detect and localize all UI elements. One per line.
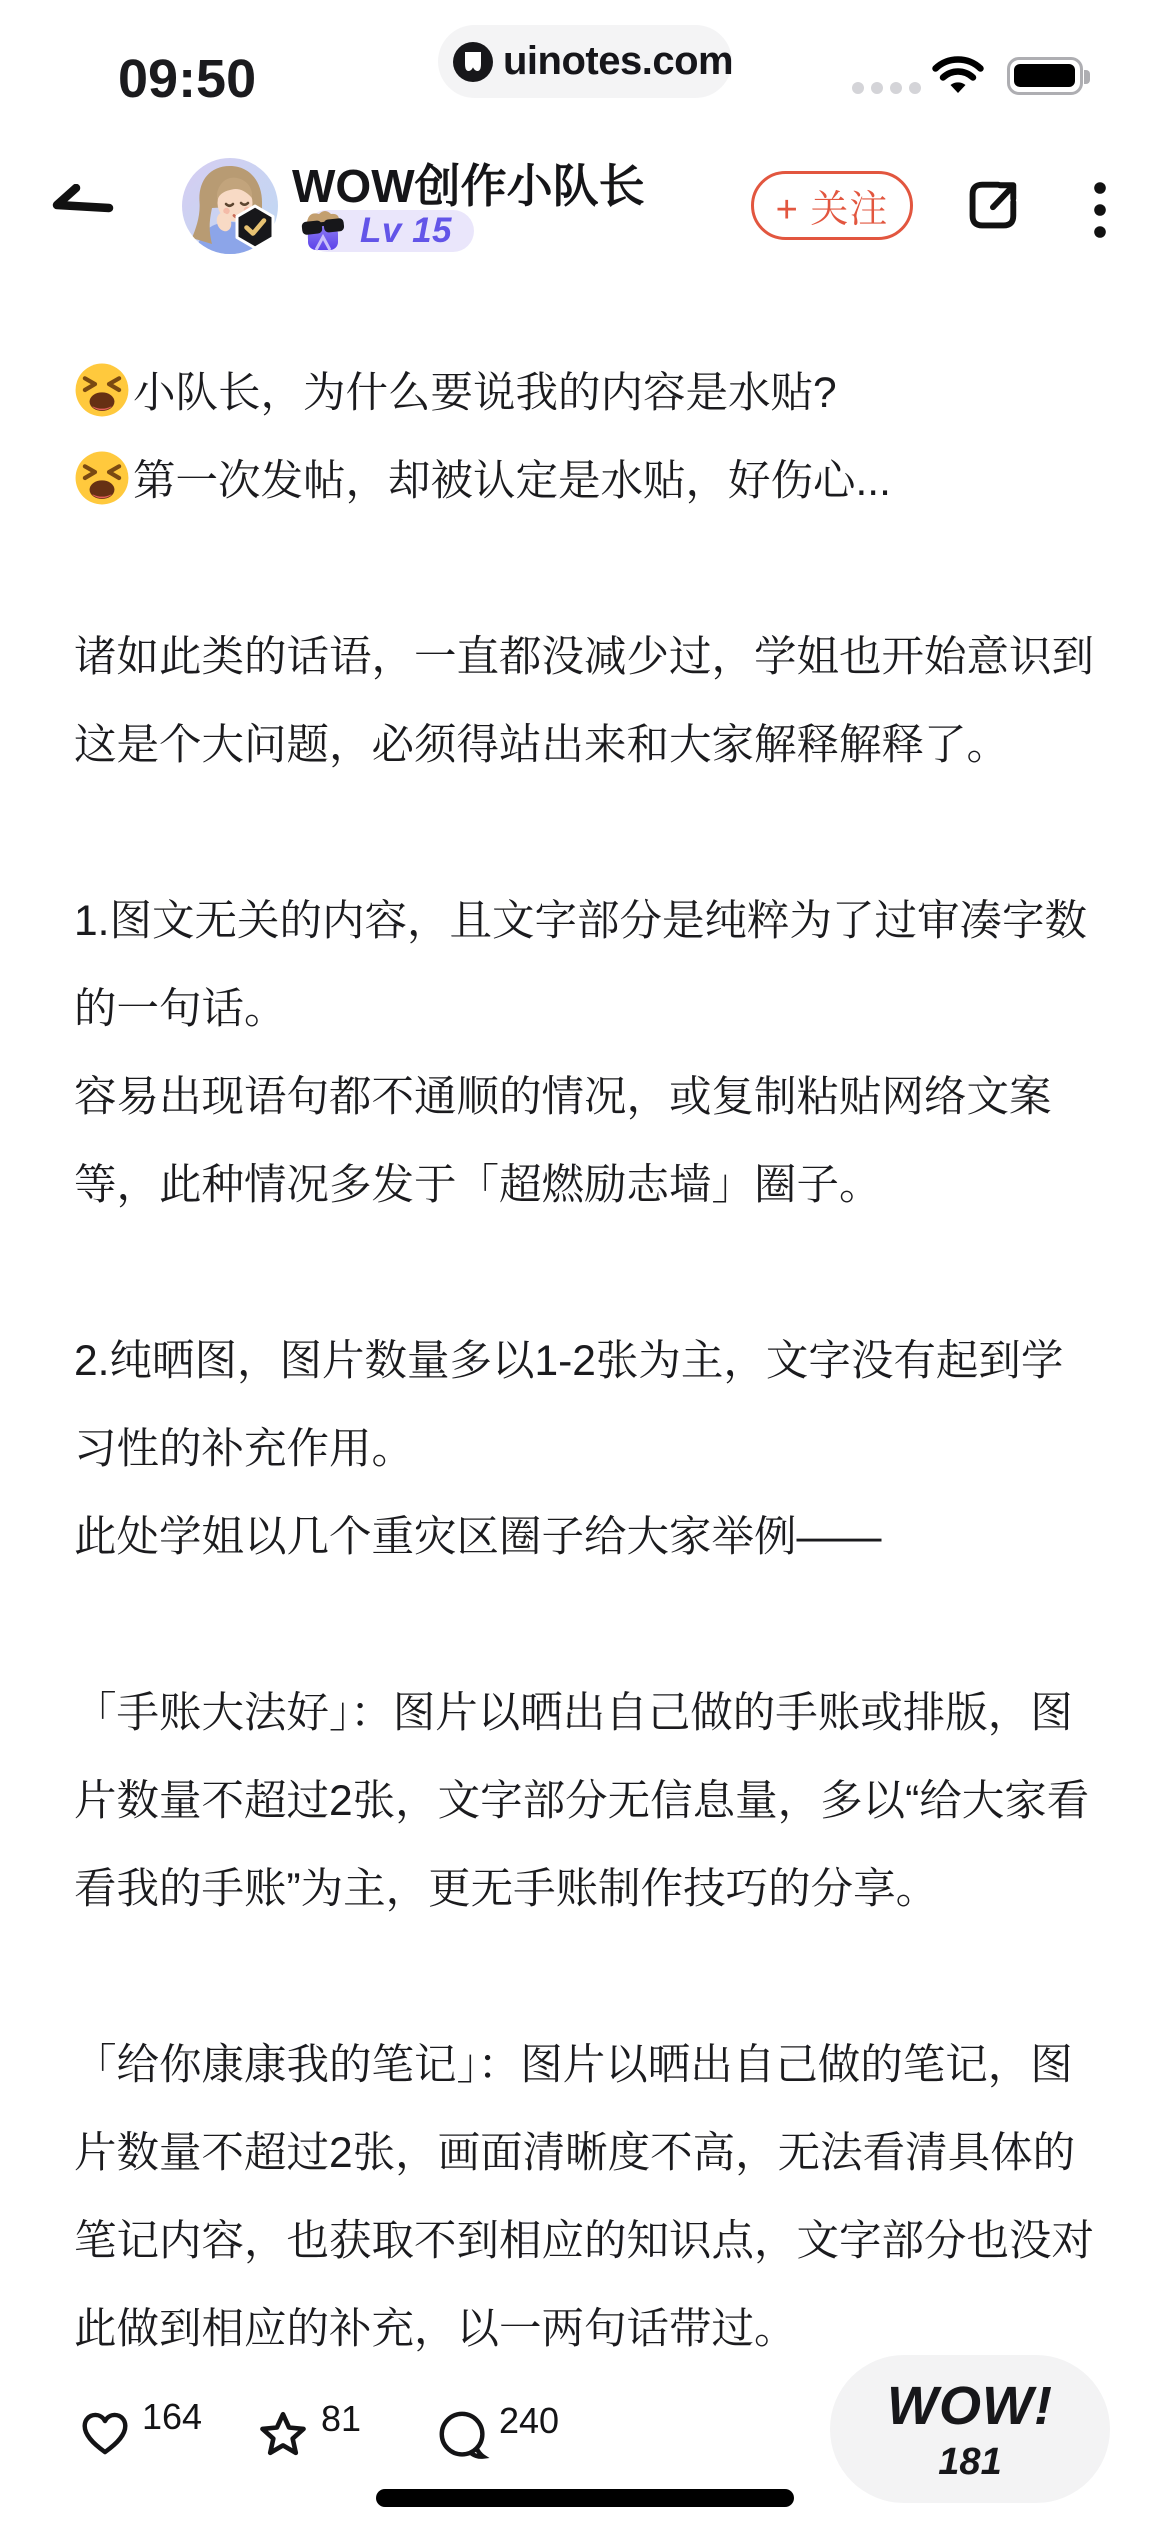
post-line: 此处学姐以几个重灾区圈子给大家举例—— [74,1494,1096,1582]
home-indicator-bar[interactable] [376,2489,794,2507]
cool-sunglasses-mascot-icon [298,206,348,256]
wifi-icon [932,55,984,95]
post-paragraph: 小队长，为什么要说我的内容是水贴? 第一次发帖，却被认定是水贴，好伤心... [74,350,1096,526]
post-header: WOW创作小队长 Lv 15 [0,140,1170,280]
post-paragraph: 「给你康康我的笔记」：图片以晒出自己做的笔记，图片数量不超过2张，画面清晰度不高… [74,2022,1096,2374]
post-line: 「手账大法好」：图片以晒出自己做的手账或排版，图片数量不超过2张，文字部分无信息… [74,1670,1096,1934]
like-count: 164 [142,2396,202,2438]
comment-bubble-icon [435,2408,491,2464]
battery-full-icon [1007,57,1083,95]
status-time: 09:50 [118,48,256,110]
post-line: 小队长，为什么要说我的内容是水贴? [74,350,1096,438]
back-arrow-icon[interactable] [52,184,114,218]
post-line: 诸如此类的话语，一直都没减少过，学姐也开始意识到这是个大问题，必须得站出来和大家… [74,614,1096,790]
heart-outline-icon [76,2404,134,2460]
post-line: 「给你康康我的笔记」：图片以晒出自己做的笔记，图片数量不超过2张，画面清晰度不高… [74,2022,1096,2374]
wow-button[interactable]: WOW! 181 [830,2355,1110,2503]
wow-label: WOW! [887,2375,1053,2437]
comment-button[interactable]: 240 [435,2408,559,2464]
post-paragraph: 「手账大法好」：图片以晒出自己做的手账或排版，图片数量不超过2张，文字部分无信息… [74,1670,1096,1934]
comment-count: 240 [499,2400,559,2442]
uinotes-logo-icon [453,42,493,82]
level-badge: Lv 15 [306,210,474,252]
weary-face-emoji [74,362,130,418]
like-button[interactable]: 164 [76,2404,202,2460]
post-paragraph: 2.纯晒图，图片数量多以1-2张为主，文字没有起到学习性的补充作用。 此处学姐以… [74,1318,1096,1582]
favorite-button[interactable]: 81 [253,2406,361,2464]
follow-button[interactable]: + 关注 [751,171,913,240]
star-outline-icon [253,2406,313,2464]
post-line: 容易出现语句都不通顺的情况，或复制粘贴网络文案等，此种情况多发于「超燃励志墙」圈… [74,1054,1096,1230]
post-paragraph: 诸如此类的话语，一直都没减少过，学姐也开始意识到这是个大问题，必须得站出来和大家… [74,614,1096,790]
cellular-signal-dots-icon [852,82,921,94]
uinotes-watermark-pill: uinotes.com [438,25,732,98]
verified-check-badge-icon [232,204,278,250]
level-label: Lv 15 [360,211,452,251]
kebab-menu-icon[interactable] [1088,180,1112,244]
post-detail-screen: 09:50 uinotes.com [0,0,1170,2532]
post-paragraph: 1.图文无关的内容，且文字部分是纯粹为了过审凑字数的一句话。 容易出现语句都不通… [74,878,1096,1230]
follow-label: + 关注 [776,178,889,233]
post-line: 2.纯晒图，图片数量多以1-2张为主，文字没有起到学习性的补充作用。 [74,1318,1096,1494]
wow-count: 181 [938,2441,1001,2484]
status-bar: 09:50 uinotes.com [0,0,1170,130]
post-line: 1.图文无关的内容，且文字部分是纯粹为了过审凑字数的一句话。 [74,878,1096,1054]
share-external-icon[interactable] [964,174,1024,234]
favorite-count: 81 [321,2398,361,2440]
post-line: 第一次发帖，却被认定是水贴，好伤心... [74,438,1096,526]
watermark-text: uinotes.com [503,39,733,84]
post-body: 小队长，为什么要说我的内容是水贴? 第一次发帖，却被认定是水贴，好伤心... 诸… [0,270,1170,2462]
bottom-action-bar: 164 81 240 WOW! 181 [0,2390,1170,2532]
weary-face-emoji [74,450,130,506]
